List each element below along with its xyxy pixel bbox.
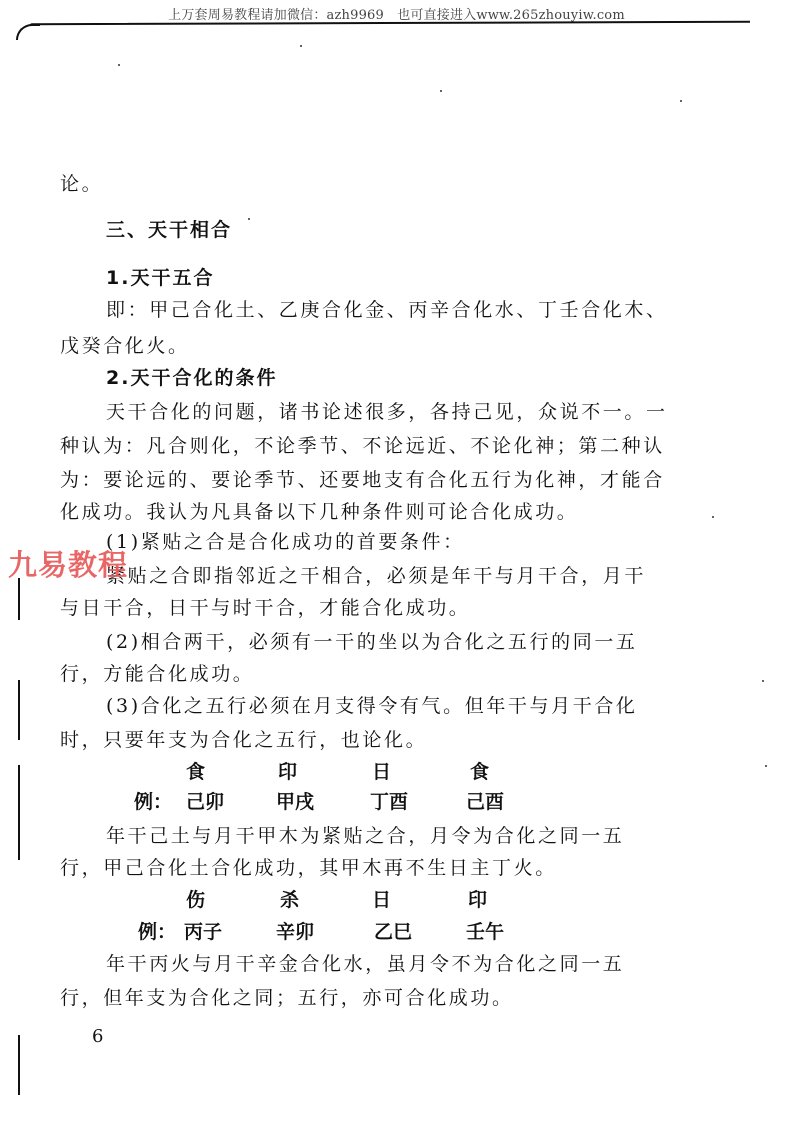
margin-line [18,1035,20,1095]
pillar: 己酉 [466,790,504,814]
brand-watermark: 九易教程 [8,548,128,582]
margin-line [18,765,20,860]
text-line: (2)相合两干，必须有一干的坐以为合化之五行的同一五 [106,630,638,654]
scan-speck [680,100,682,102]
pillar: 丙子 [184,920,222,944]
scan-speck [118,64,120,66]
example-label: 例： [134,790,172,814]
pillar: 乙巳 [374,920,412,944]
text-line: 种认为：凡合则化，不论季节、不论远近、不论化神；第二种认 [60,434,665,458]
pillar: 辛卯 [276,920,314,944]
text-line: 年干己土与月干甲木为紧贴之合，月令为合化之同一五 [106,824,624,848]
scan-speck [248,218,250,220]
pillar: 甲戌 [276,790,314,814]
text-line: 为：要论远的、要论季节、还要地支有合化五行为化神，才能合 [60,468,665,492]
scan-speck [712,516,714,518]
god-label: 食 [470,760,489,784]
subsection-heading: 2.天干合化的条件 [106,366,277,390]
pillar: 壬午 [466,920,504,944]
condition-heading: (1)紧贴之合是合化成功的首要条件： [106,530,465,554]
text-line: 即：甲己合化土、乙庚合化金、丙辛合化水、丁壬合化木、 [106,298,668,322]
god-label: 食 [186,760,205,784]
text-line: 化成功。我认为凡具备以下几种条件则可论合化成功。 [60,500,578,524]
section-heading: 三、天干相合 [106,218,232,242]
text-line: 行，甲己合化土合化成功，其甲木再不生日主丁火。 [60,856,557,880]
text-line: 行，但年支为合化之同；五行，亦可合化成功。 [60,986,514,1010]
god-label: 印 [468,888,487,912]
pillar: 己卯 [186,790,224,814]
page-number: 6 [92,1026,103,1047]
god-label: 伤 [186,888,205,912]
text-line: 与日干合，日干与时干合，才能合化成功。 [60,596,470,620]
scan-speck [762,680,764,682]
text-line: 戊癸合化火。 [60,334,190,358]
subsection-heading: 1.天干五合 [106,266,214,290]
scan-speck [765,765,767,767]
text-line: 天干合化的问题，诸书论述很多，各持己见，众说不一。一 [106,400,668,424]
margin-line [18,680,20,740]
pillar: 丁酉 [370,790,408,814]
text-line: 年干丙火与月干辛金合化水，虽月令不为合化之同一五 [106,952,624,976]
god-label: 印 [278,760,297,784]
god-label: 日 [372,888,391,912]
text-line: 时，只要年支为合化之五行，也论化。 [60,728,427,752]
text-line: 紧贴之合即指邻近之干相合，必须是年干与月干合，月干 [106,564,646,588]
margin-line [18,578,20,620]
scan-speck [300,45,302,47]
text-line: 论。 [60,172,103,196]
god-label: 日 [372,760,391,784]
top-rule-curl [16,24,40,40]
text-line: (3)合化之五行必须在月支得令有气。但年干与月干合化 [106,694,638,718]
text-line: 行，方能合化成功。 [60,662,254,686]
god-label: 杀 [280,888,299,912]
example-label: 例： [138,920,176,944]
scan-speck [440,90,442,92]
